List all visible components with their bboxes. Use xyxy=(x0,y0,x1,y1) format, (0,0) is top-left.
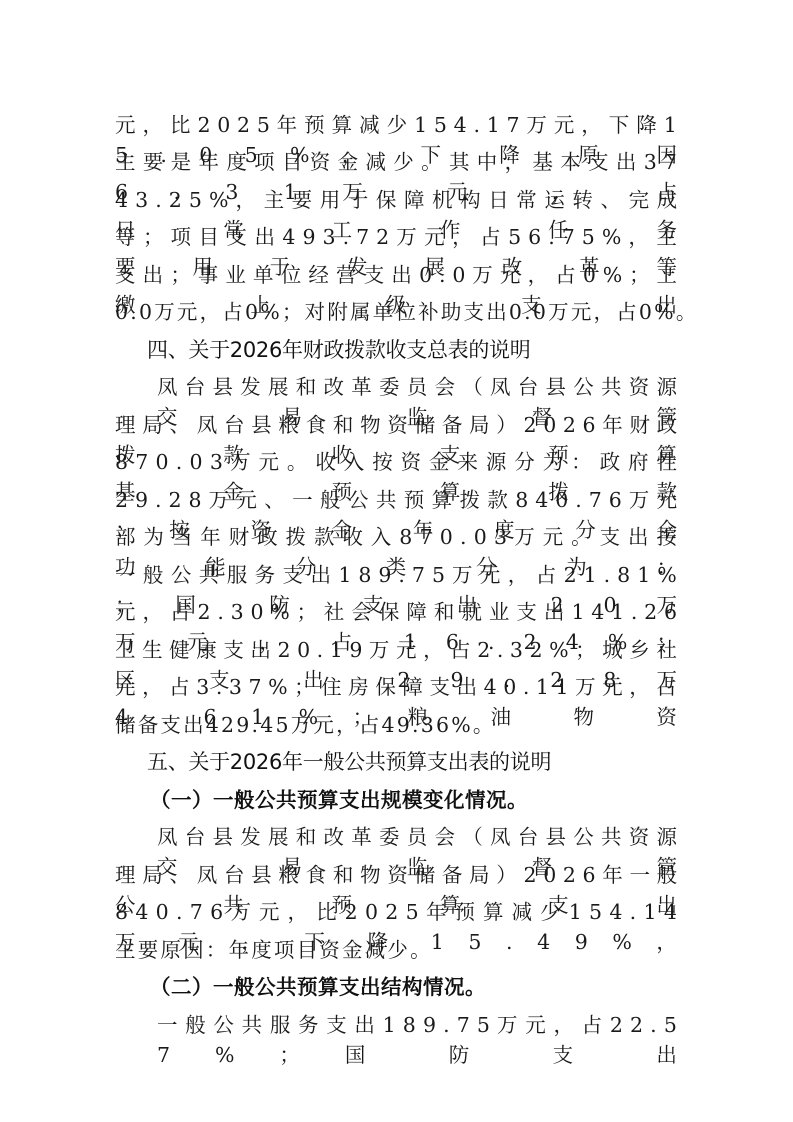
document-page: 元 ， 比 2 0 2 5 年 预 算 减 少 1 5 4 . 1 7 万 元 … xyxy=(0,0,793,1122)
subsection-heading-2: （二）一般公共预算支出结构情况。 xyxy=(150,972,486,1002)
paragraph-line: 主 要 是 年 度 项 目 资 金 减 少 。 其 中 ， 基 本 支 出 3 … xyxy=(115,147,677,177)
paragraph-line: 4 3 . 2 5 % ， 主 要 用 于 保 障 机 构 日 常 运 转 、 … xyxy=(115,185,677,215)
section-heading-4: 四、关于2026年财政拨款收支总表的说明 xyxy=(147,335,530,365)
paragraph-line: 8 7 0 . 0 3 万 元 。 收 入 按 资 金 来 源 分 为 ： 政 … xyxy=(115,447,677,477)
paragraph-line: 一 般 公 共 服 务 支 出 1 8 9 . 7 5 万 元 ， 占 2 2 … xyxy=(157,1010,677,1040)
paragraph-line: 元 ， 比 2 0 2 5 年 预 算 减 少 1 5 4 . 1 7 万 元 … xyxy=(115,110,677,140)
paragraph-line: 部 为 当 年 财 政 拨 款 收 入 8 7 0 . 0 3 万 元 。 支 … xyxy=(115,522,677,552)
paragraph-line: 2 9 . 2 8 万 元 、 一 般 公 共 预 算 拨 款 8 4 0 . … xyxy=(115,485,677,515)
paragraph-line: 一 般 公 共 服 务 支 出 1 8 9 . 7 5 万 元 ， 占 2 1 … xyxy=(115,560,677,590)
paragraph-line: 凤 台 县 发 展 和 改 革 委 员 会 （ 凤 台 县 公 共 资 源 交 … xyxy=(157,822,677,852)
section-heading-5: 五、关于2026年一般公共预算支出表的说明 xyxy=(147,747,551,777)
paragraph-line: 等 ； 项 目 支 出 4 9 3 . 7 2 万 元 ， 占 5 6 . 7 … xyxy=(115,222,677,252)
paragraph-line: 8 4 0 . 7 6 万 元 ， 比 2 0 2 5 年 预 算 减 少 1 … xyxy=(115,897,677,927)
paragraph-line: 卫 生 健 康 支 出 2 0 . 1 9 万 元 ， 占 2 . 3 2 % … xyxy=(115,635,677,665)
paragraph-line: 凤 台 县 发 展 和 改 革 委 员 会 （ 凤 台 县 公 共 资 源 交 … xyxy=(157,372,677,402)
paragraph-line: 元 ， 占 3 . 3 7 % ； 住 房 保 障 支 出 4 0 . 1 1 … xyxy=(115,672,677,702)
paragraph-line: 0.0万元，占0%；对附属单位补助支出0.0万元，占0%。 xyxy=(115,297,677,327)
paragraph-line: 主要原因：年度项目资金减少。 xyxy=(115,935,677,965)
paragraph-line: 理 局 、 凤 台 县 粮 食 和 物 资 储 备 局 ） 2 0 2 6 年 … xyxy=(115,410,677,440)
paragraph-line: 元 ， 占 2 . 3 0 % ； 社 会 保 障 和 就 业 支 出 1 4 … xyxy=(115,597,677,627)
subsection-heading-1: （一）一般公共预算支出规模变化情况。 xyxy=(150,785,528,815)
paragraph-line: 支 出 ； 事 业 单 位 经 营 支 出 0 . 0 万 元 ， 占 0 % … xyxy=(115,260,677,290)
paragraph-line: 理 局 、 凤 台 县 粮 食 和 物 资 储 备 局 ） 2 0 2 6 年 … xyxy=(115,860,677,890)
paragraph-line: 储备支出429.45万元，占49.36%。 xyxy=(115,710,677,740)
